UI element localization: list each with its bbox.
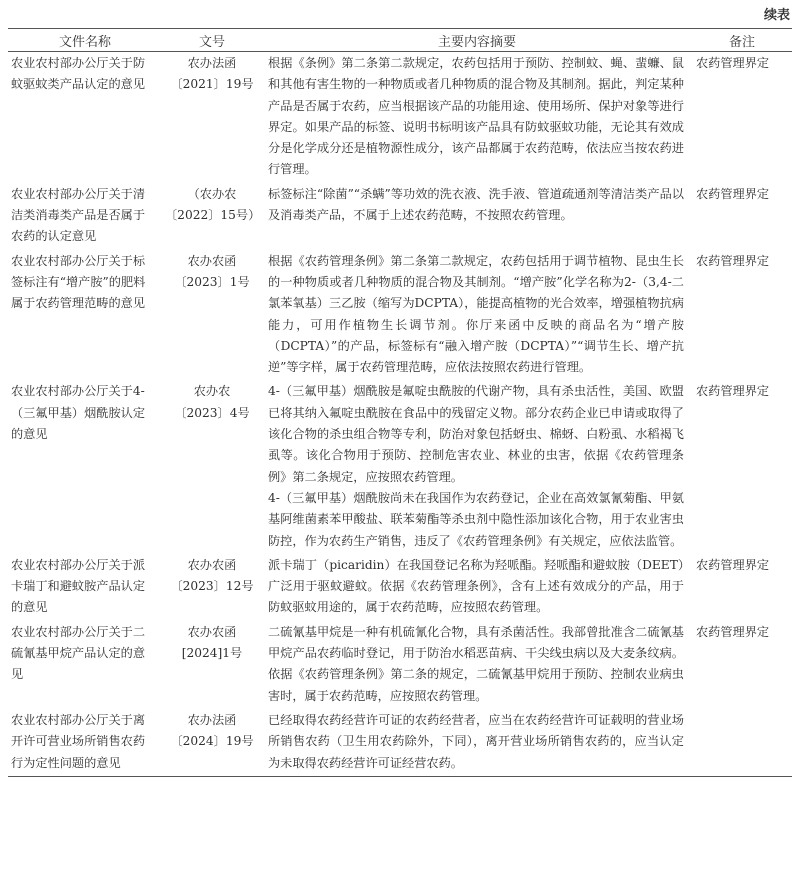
summary-paragraph: 已经取得农药经营许可证的农药经营者，应当在农药经营许可证载明的营业场所销售农药（…: [268, 710, 684, 774]
file-name-cell: 农业农村部办公厅关于防蚊驱蚊类产品认定的意见: [8, 52, 162, 183]
file-name-cell: 农业农村部办公厅关于二硫氰基甲烷产品认定的意见: [8, 621, 162, 709]
note-cell: 农药管理界定: [692, 183, 792, 250]
table-row: 农业农村部办公厅关于二硫氰基甲烷产品认定的意见 农办农函[2024]1号 二硫氰…: [8, 621, 792, 709]
summary-paragraph: 根据《农药管理条例》第二条第二款规定，农药包括用于调节植物、昆虫生长的一种物质或…: [268, 251, 684, 379]
doc-number-cell: （农办农〔2022〕15号）: [162, 183, 262, 250]
doc-number-cell: 农办农函[2024]1号: [162, 621, 262, 709]
doc-number-cell: 农办法函〔2021〕19号: [162, 52, 262, 183]
header-summary: 主要内容摘要: [262, 29, 692, 52]
table-row: 农业农村部办公厅关于标签标注有“增产胺”的肥料属于农药管理范畴的意见 农办农函〔…: [8, 250, 792, 381]
header-note: 备注: [692, 29, 792, 52]
summary-paragraph: 派卡瑞丁（picaridin）在我国登记名称为羟哌酯。羟哌酯和避蚊胺（DEET）…: [268, 555, 684, 619]
table-caption: 续表: [764, 4, 790, 23]
note-cell: 农药管理界定: [692, 380, 792, 553]
doc-number-line: 〔2021〕19号: [165, 74, 259, 95]
table-row: 农业农村部办公厅关于防蚊驱蚊类产品认定的意见 农办法函〔2021〕19号 根据《…: [8, 52, 792, 183]
summary-paragraph: 4-（三氟甲基）烟酰胺是氟啶虫酰胺的代谢产物，具有杀虫活性，美国、欧盟已将其纳入…: [268, 381, 684, 487]
doc-number-line: 〔2024〕19号: [165, 731, 259, 752]
doc-number-line: 农办农: [165, 381, 259, 402]
doc-number-line: 农办农函: [165, 555, 259, 576]
doc-number-line: [2024]1号: [165, 643, 259, 664]
table-row: 农业农村部办公厅关于派卡瑞丁和避蚊胺产品认定的意见 农办农函〔2023〕12号 …: [8, 554, 792, 621]
note-cell: 农药管理界定: [692, 52, 792, 183]
summary-paragraph: 标签标注“除菌”“杀螨”等功效的洗衣液、洗手液、管道疏通剂等清洁类产品以及消毒类…: [268, 184, 684, 227]
file-name-cell: 农业农村部办公厅关于4-（三氟甲基）烟酰胺认定的意见: [8, 380, 162, 553]
doc-number-line: 〔2023〕4号: [165, 403, 259, 424]
file-name-cell: 农业农村部办公厅关于标签标注有“增产胺”的肥料属于农药管理范畴的意见: [8, 250, 162, 381]
doc-number-cell: 农办法函〔2024〕19号: [162, 709, 262, 776]
summary-paragraph: 4-（三氟甲基）烟酰胺尚未在我国作为农药登记，企业在高效氯氰菊酯、甲氨基阿维菌素…: [268, 488, 684, 552]
doc-number-line: 〔2022〕15号）: [165, 205, 259, 226]
doc-number-line: 〔2023〕1号: [165, 272, 259, 293]
note-cell: 农药管理界定: [692, 554, 792, 621]
table-header-row: 文件名称 文号 主要内容摘要 备注: [8, 29, 792, 52]
note-cell: 农药管理界定: [692, 250, 792, 381]
summary-cell: 标签标注“除菌”“杀螨”等功效的洗衣液、洗手液、管道疏通剂等清洁类产品以及消毒类…: [262, 183, 692, 250]
summary-cell: 根据《农药管理条例》第二条第二款规定，农药包括用于调节植物、昆虫生长的一种物质或…: [262, 250, 692, 381]
summary-paragraph: 二硫氰基甲烷是一种有机硫氰化合物，具有杀菌活性。我部曾批准含二硫氰基甲烷产品农药…: [268, 622, 684, 707]
doc-number-line: 〔2023〕12号: [165, 576, 259, 597]
doc-number-cell: 农办农〔2023〕4号: [162, 380, 262, 553]
summary-paragraph: 根据《条例》第二条第二款规定，农药包括用于预防、控制蚊、蝇、蜚蠊、鼠和其他有害生…: [268, 53, 684, 181]
header-file-name: 文件名称: [8, 29, 162, 52]
summary-cell: 二硫氰基甲烷是一种有机硫氰化合物，具有杀菌活性。我部曾批准含二硫氰基甲烷产品农药…: [262, 621, 692, 709]
doc-number-line: 农办农函: [165, 251, 259, 272]
table-row: 农业农村部办公厅关于清洁类消毒类产品是否属于农药的认定意见 （农办农〔2022〕…: [8, 183, 792, 250]
note-cell: 农药管理界定: [692, 621, 792, 709]
doc-number-line: （农办农: [165, 184, 259, 205]
doc-number-line: 农办法函: [165, 53, 259, 74]
summary-cell: 根据《条例》第二条第二款规定，农药包括用于预防、控制蚊、蝇、蜚蠊、鼠和其他有害生…: [262, 52, 692, 183]
header-doc-number: 文号: [162, 29, 262, 52]
file-name-cell: 农业农村部办公厅关于离开许可营业场所销售农药行为定性问题的意见: [8, 709, 162, 776]
file-name-cell: 农业农村部办公厅关于派卡瑞丁和避蚊胺产品认定的意见: [8, 554, 162, 621]
summary-cell: 派卡瑞丁（picaridin）在我国登记名称为羟哌酯。羟哌酯和避蚊胺（DEET）…: [262, 554, 692, 621]
file-name-cell: 农业农村部办公厅关于清洁类消毒类产品是否属于农药的认定意见: [8, 183, 162, 250]
summary-cell: 4-（三氟甲基）烟酰胺是氟啶虫酰胺的代谢产物，具有杀虫活性，美国、欧盟已将其纳入…: [262, 380, 692, 553]
regulation-table: 文件名称 文号 主要内容摘要 备注 农业农村部办公厅关于防蚊驱蚊类产品认定的意见…: [8, 28, 792, 777]
doc-number-line: 农办法函: [165, 710, 259, 731]
doc-number-cell: 农办农函〔2023〕12号: [162, 554, 262, 621]
note-cell: [692, 709, 792, 776]
doc-number-line: 农办农函: [165, 622, 259, 643]
summary-cell: 已经取得农药经营许可证的农药经营者，应当在农药经营许可证载明的营业场所销售农药（…: [262, 709, 692, 776]
table-row: 农业农村部办公厅关于4-（三氟甲基）烟酰胺认定的意见 农办农〔2023〕4号 4…: [8, 380, 792, 553]
table-row: 农业农村部办公厅关于离开许可营业场所销售农药行为定性问题的意见 农办法函〔202…: [8, 709, 792, 776]
doc-number-cell: 农办农函〔2023〕1号: [162, 250, 262, 381]
